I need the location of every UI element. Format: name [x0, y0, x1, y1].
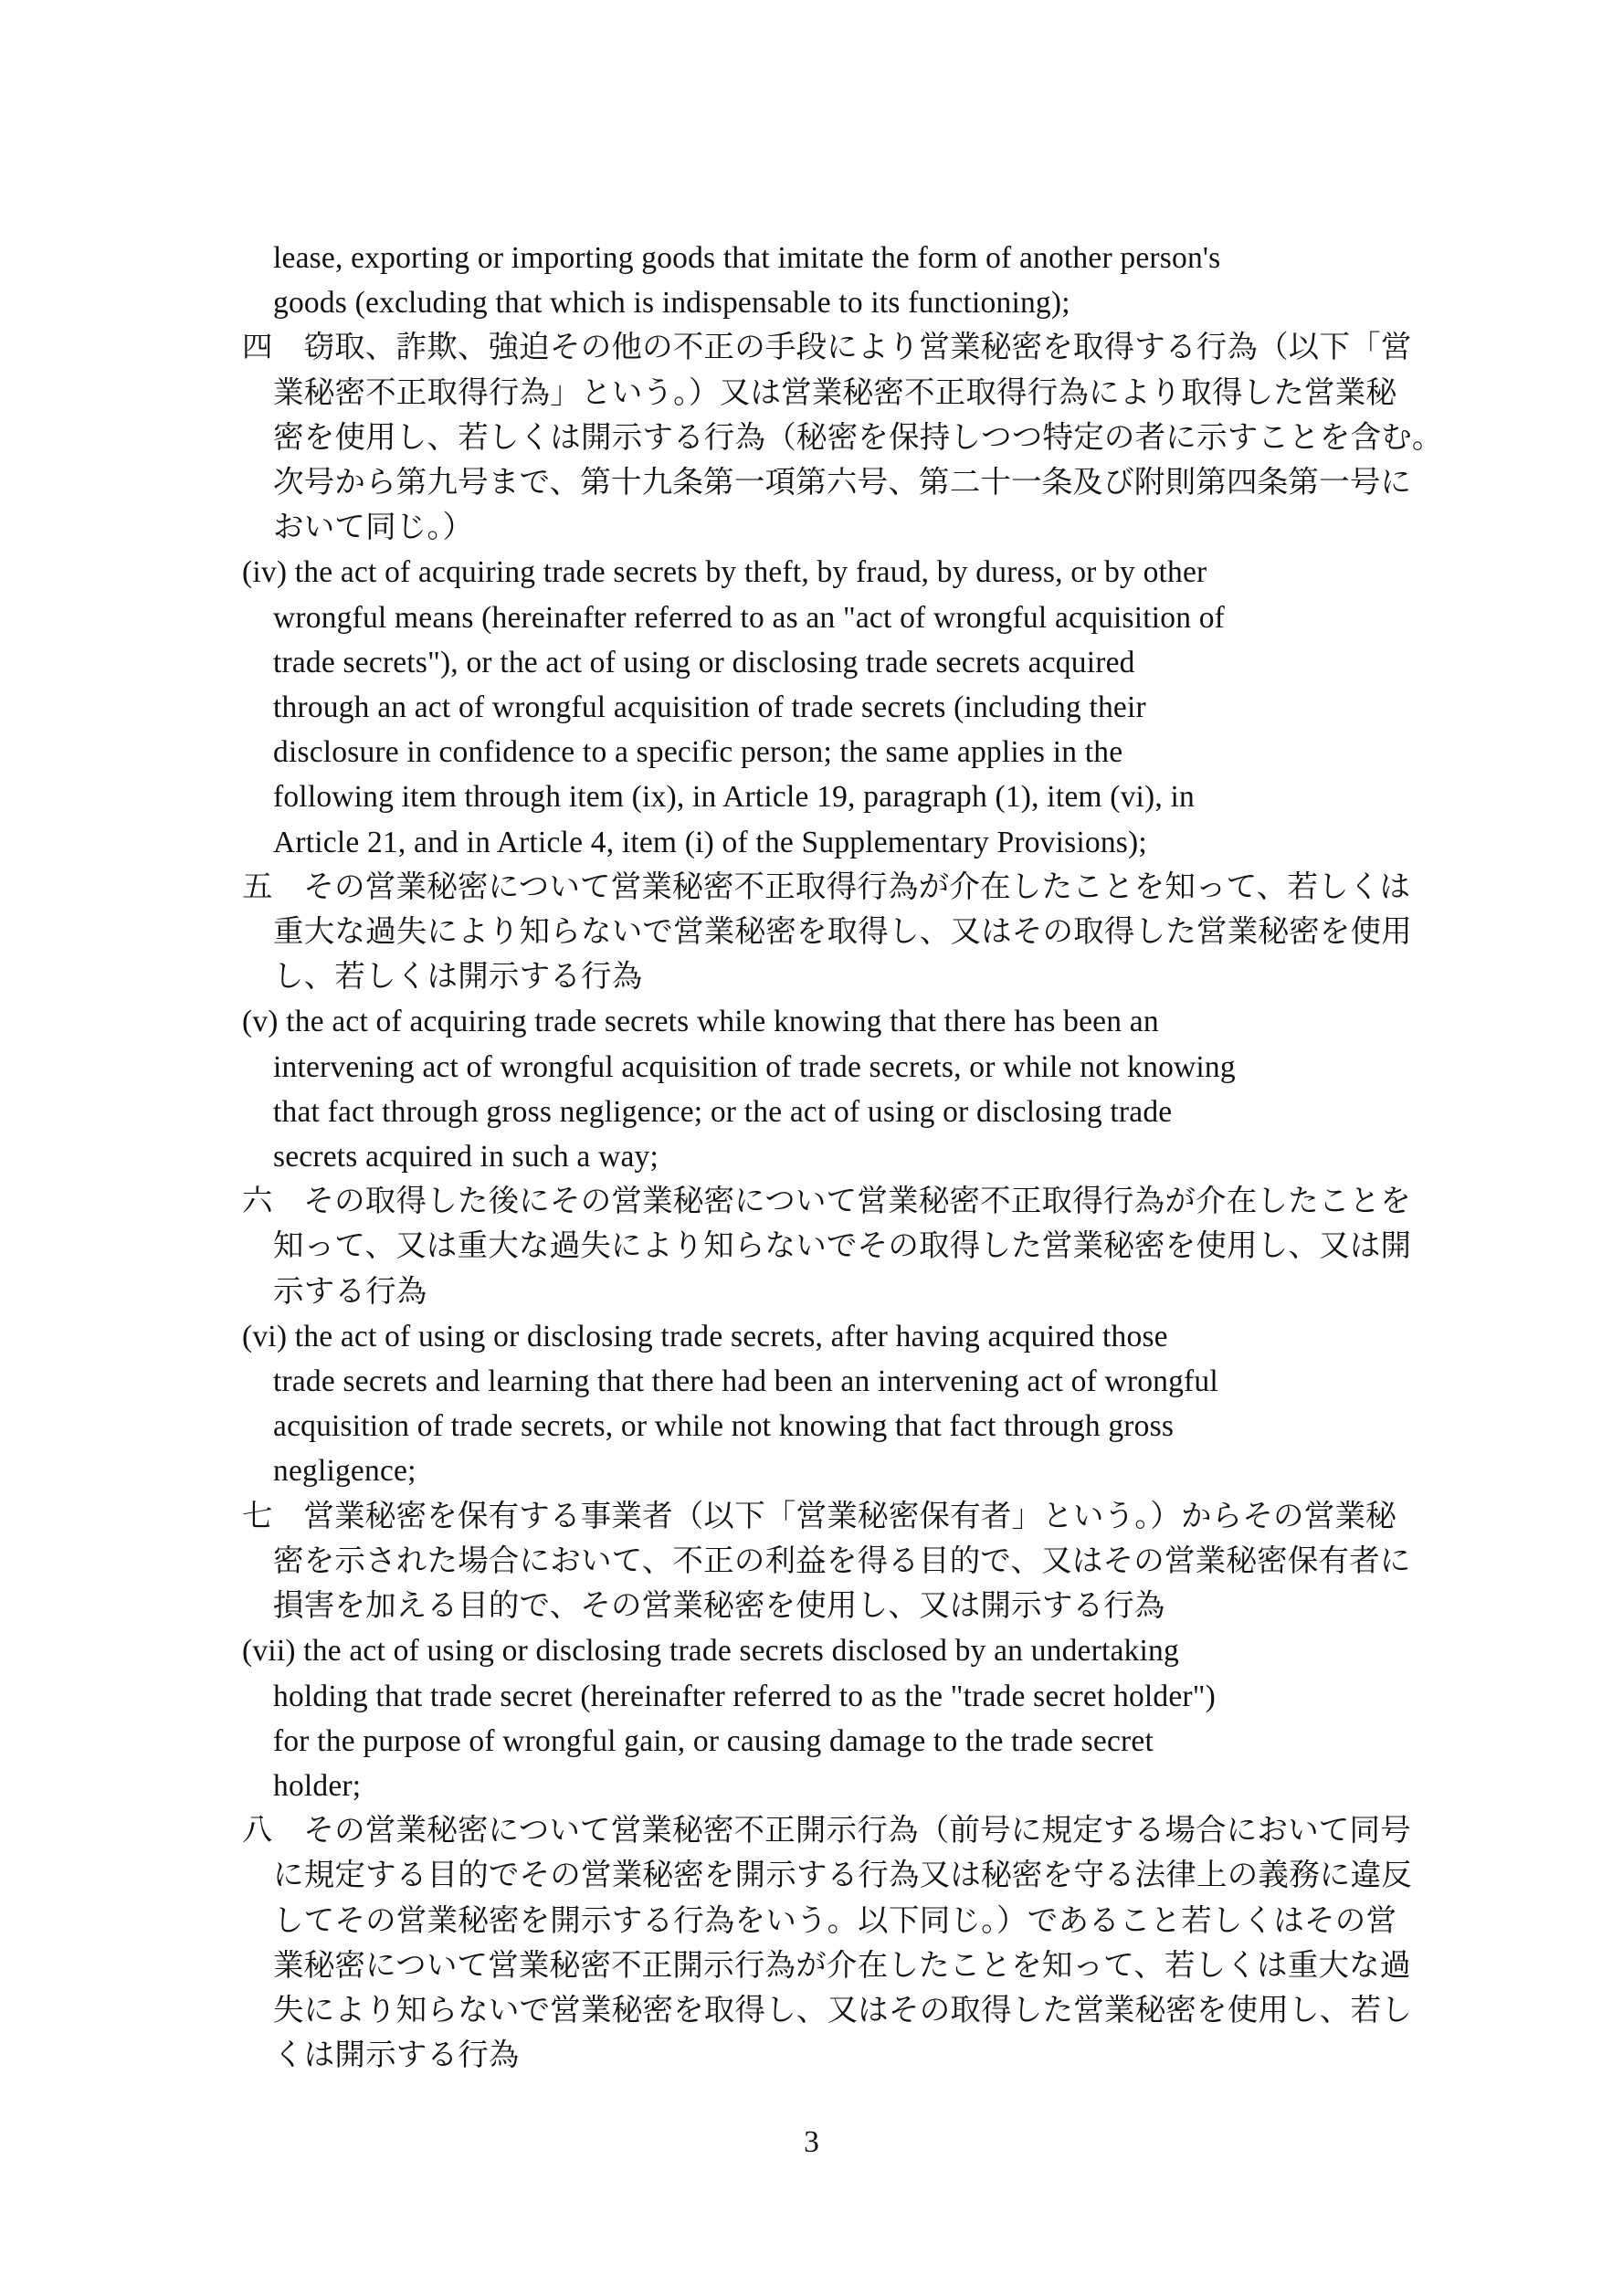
text-line: 失により知らないで営業秘密を取得し、又はその取得した営業秘密を使用し、若し	[242, 1988, 1404, 2033]
text-line: acquisition of trade secrets, or while n…	[242, 1404, 1404, 1448]
item-8-ja: 八 その営業秘密について営業秘密不正開示行為（前号に規定する場合において同号に規…	[242, 1808, 1404, 2078]
text-line: intervening act of wrongful acquisition …	[242, 1045, 1404, 1090]
item-iv-en: (iv) the act of acquiring trade secrets …	[242, 550, 1404, 864]
item-iii-en-continuation: lease, exporting or importing goods that…	[242, 236, 1404, 325]
item-v-en: (v) the act of acquiring trade secrets w…	[242, 999, 1404, 1179]
text-line: 業秘密について営業秘密不正開示行為が介在したことを知って、若しくは重大な過	[242, 1943, 1404, 1988]
item-6-ja: 六 その取得した後にその営業秘密について営業秘密不正取得行為が介在したことを知っ…	[242, 1179, 1404, 1314]
text-line: lease, exporting or importing goods that…	[242, 236, 1404, 280]
text-line: holding that trade secret (hereinafter r…	[242, 1674, 1404, 1719]
text-line: 六 その取得した後にその営業秘密について営業秘密不正取得行為が介在したことを	[242, 1179, 1404, 1224]
text-line: negligence;	[242, 1448, 1404, 1493]
text-line: that fact through gross negligence; or t…	[242, 1090, 1404, 1134]
text-line: disclosure in confidence to a specific p…	[242, 730, 1404, 774]
text-line: に規定する目的でその営業秘密を開示する行為又は秘密を守る法律上の義務に違反	[242, 1853, 1404, 1898]
text-line: 重大な過失により知らないで営業秘密を取得し、又はその取得した営業秘密を使用	[242, 910, 1404, 954]
text-line: 密を使用し、若しくは開示する行為（秘密を保持しつつ特定の者に示すことを含む。	[242, 416, 1404, 460]
text-line: (vii) the act of using or disclosing tra…	[242, 1628, 1404, 1673]
text-line: (iv) the act of acquiring trade secrets …	[242, 550, 1404, 595]
document-page: { "document": { "background": "#ffffff",…	[0, 0, 1623, 2296]
text-line: for the purpose of wrongful gain, or cau…	[242, 1719, 1404, 1764]
text-line: 業秘密不正取得行為」という。）又は営業秘密不正取得行為により取得した営業秘	[242, 371, 1404, 416]
text-line: してその営業秘密を開示する行為をいう。以下同じ。）であること若しくはその営	[242, 1899, 1404, 1943]
text-line: 密を示された場合において、不正の利益を得る目的で、又はその営業秘密保有者に	[242, 1539, 1404, 1584]
document-body: lease, exporting or importing goods that…	[242, 236, 1404, 2078]
text-line: wrongful means (hereinafter referred to …	[242, 595, 1404, 640]
text-line: 次号から第九号まで、第十九条第一項第六号、第二十一条及び附則第四条第一号に	[242, 460, 1404, 505]
text-line: trade secrets"), or the act of using or …	[242, 640, 1404, 685]
text-line: (v) the act of acquiring trade secrets w…	[242, 999, 1404, 1044]
text-line: くは開示する行為	[242, 2033, 1404, 2078]
text-line: holder;	[242, 1764, 1404, 1808]
text-line: 示する行為	[242, 1269, 1404, 1314]
text-line: Article 21, and in Article 4, item (i) o…	[242, 820, 1404, 865]
text-line: 七 営業秘密を保有する事業者（以下「営業秘密保有者」という。）からその営業秘	[242, 1494, 1404, 1539]
text-line: goods (excluding that which is indispens…	[242, 280, 1404, 325]
text-line: 四 窃取、詐欺、強迫その他の不正の手段により営業秘密を取得する行為（以下「営	[242, 325, 1404, 370]
item-5-ja: 五 その営業秘密について営業秘密不正取得行為が介在したことを知って、若しくは重大…	[242, 865, 1404, 1000]
item-4-ja: 四 窃取、詐欺、強迫その他の不正の手段により営業秘密を取得する行為（以下「営業秘…	[242, 325, 1404, 550]
text-line: following item through item (ix), in Art…	[242, 774, 1404, 819]
text-line: trade secrets and learning that there ha…	[242, 1359, 1404, 1404]
text-line: おいて同じ。）	[242, 505, 1404, 550]
text-line: 八 その営業秘密について営業秘密不正開示行為（前号に規定する場合において同号	[242, 1808, 1404, 1853]
text-line: (vi) the act of using or disclosing trad…	[242, 1314, 1404, 1359]
text-line: 損害を加える目的で、その営業秘密を使用し、又は開示する行為	[242, 1584, 1404, 1628]
text-line: 知って、又は重大な過失により知らないでその取得した営業秘密を使用し、又は開	[242, 1224, 1404, 1269]
item-vi-en: (vi) the act of using or disclosing trad…	[242, 1314, 1404, 1494]
text-line: し、若しくは開示する行為	[242, 954, 1404, 999]
text-line: 五 その営業秘密について営業秘密不正取得行為が介在したことを知って、若しくは	[242, 865, 1404, 910]
item-7-ja: 七 営業秘密を保有する事業者（以下「営業秘密保有者」という。）からその営業秘密を…	[242, 1494, 1404, 1629]
item-vii-en: (vii) the act of using or disclosing tra…	[242, 1628, 1404, 1808]
text-line: through an act of wrongful acquisition o…	[242, 685, 1404, 730]
text-line: secrets acquired in such a way;	[242, 1134, 1404, 1179]
page-number: 3	[0, 2120, 1623, 2164]
